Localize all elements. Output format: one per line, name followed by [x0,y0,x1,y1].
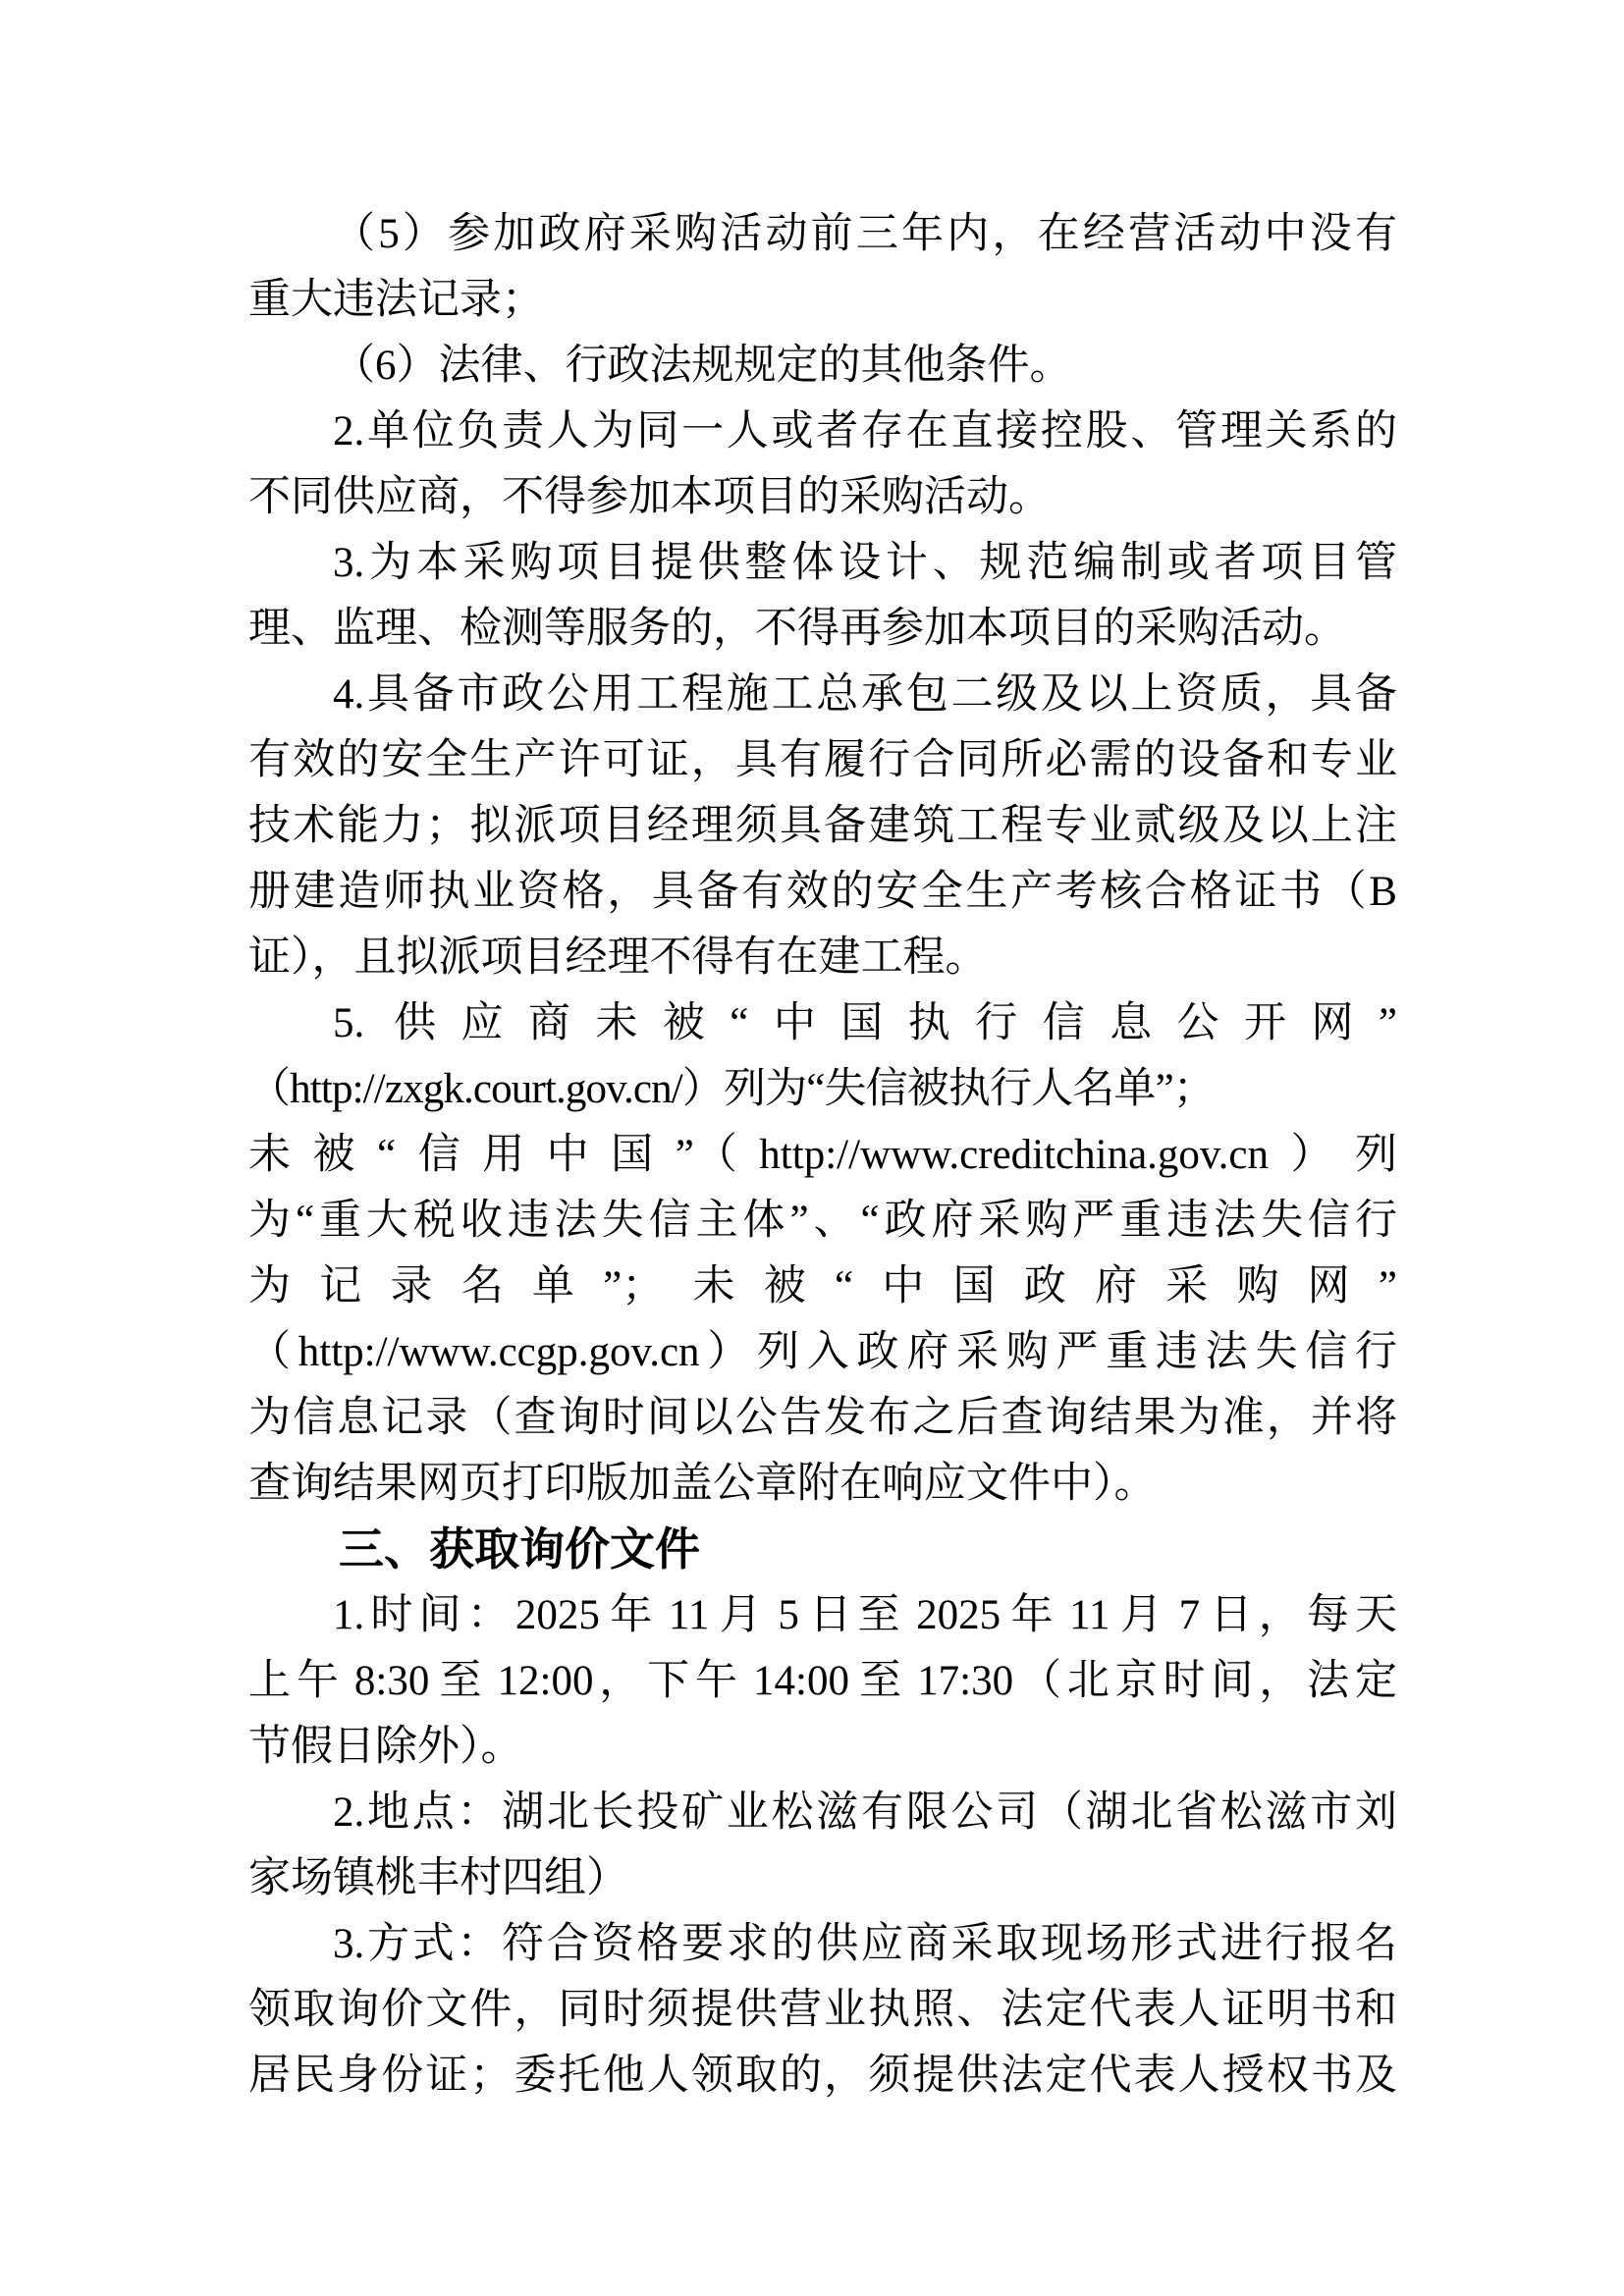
text-line: 证），且拟派项目经理不得有在建工程。 [248,925,1397,990]
text-line: 2.地点：湖北长投矿业松滋有限公司（湖北省松滋市刘 [248,1780,1397,1845]
text-line: 节假日除外）。 [248,1714,1397,1780]
text-line: 理、监理、检测等服务的，不得再参加本项目的采购活动。 [248,596,1397,662]
text-line: （6）法律、行政法规规定的其他条件。 [248,333,1397,399]
text-line: 家场镇桃丰村四组） [248,1845,1397,1911]
text-line: 未被“信用中国”（http://www.creditchina.gov.cn）列 [248,1122,1397,1188]
text-line: （http://zxgk.court.gov.cn/）列为“失信被执行人名单”； [248,1056,1397,1122]
text-line: 为“重大税收违法失信主体”、“政府采购严重违法失信行 [248,1188,1397,1254]
text-line: 查询结果网页打印版加盖公章附在响应文件中）。 [248,1451,1397,1517]
text-line: 重大违法记录； [248,267,1397,333]
document-body: （5）参加政府采购活动前三年内，在经营活动中没有重大违法记录；（6）法律、行政法… [248,201,1397,2109]
text-line: 3.方式：符合资格要求的供应商采取现场形式进行报名 [248,1911,1397,1977]
text-line: 上午 8:30 至 12:00，下午 14:00 至 17:30（北京时间，法定 [248,1648,1397,1714]
text-line: 2.单位负责人为同一人或者存在直接控股、管理关系的 [248,399,1397,464]
text-line: 领取询价文件，同时须提供营业执照、法定代表人证明书和 [248,1977,1397,2043]
text-line: 3.为本采购项目提供整体设计、规范编制或者项目管 [248,530,1397,596]
text-line: 册建造师执业资格，具备有效的安全生产考核合格证书（B [248,859,1397,925]
text-line: 为信息记录（查询时间以公告发布之后查询结果为准，并将 [248,1385,1397,1451]
text-line: （http://www.ccgp.gov.cn）列入政府采购严重违法失信行 [248,1319,1397,1385]
text-line: 有效的安全生产许可证，具有履行合同所必需的设备和专业 [248,727,1397,793]
document-page: （5）参加政府采购活动前三年内，在经营活动中没有重大违法记录；（6）法律、行政法… [0,0,1624,2296]
text-line: 居民身份证；委托他人领取的，须提供法定代表人授权书及 [248,2043,1397,2109]
text-line: 1.时间：2025 年 11 月 5 日至 2025 年 11 月 7 日，每天 [248,1582,1397,1648]
text-line: 为记录名单”；未被“中国政府采购网” [248,1254,1397,1319]
text-line: 技术能力；拟派项目经理须具备建筑工程专业贰级及以上注 [248,793,1397,859]
text-line: 4.具备市政公用工程施工总承包二级及以上资质，具备 [248,662,1397,727]
text-line: 5. 供应商未被“中国执行信息公开网” [248,990,1397,1056]
section-heading: 三、获取询价文件 [248,1517,1397,1582]
text-line: 不同供应商，不得参加本项目的采购活动。 [248,464,1397,530]
text-line: （5）参加政府采购活动前三年内，在经营活动中没有 [248,201,1397,267]
